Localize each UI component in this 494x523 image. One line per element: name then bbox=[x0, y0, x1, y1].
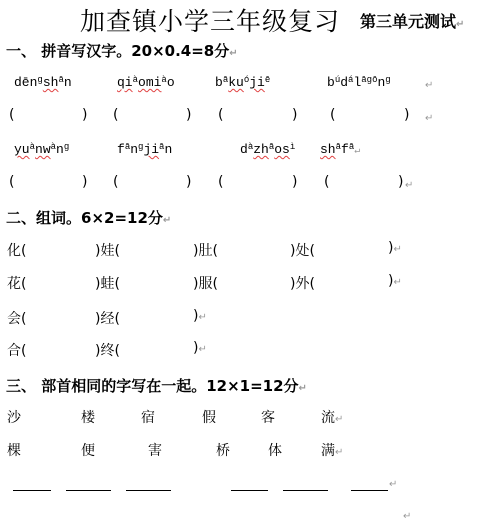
radical-char: 宿 bbox=[141, 407, 155, 427]
paragraph-mark: ↵ bbox=[425, 80, 433, 91]
radical-char: 便 bbox=[81, 440, 95, 460]
word-cell: )↵ bbox=[193, 340, 207, 356]
paragraph-mark: ↵ bbox=[425, 113, 433, 124]
char: 处 bbox=[295, 243, 309, 259]
answer-paren-close: ) bbox=[292, 107, 297, 123]
answer-paren-open: ( bbox=[9, 107, 14, 123]
word-cell: )处( bbox=[290, 240, 315, 260]
paragraph-mark: ↵ bbox=[393, 244, 401, 255]
pinyin-dengshan: dēngshān bbox=[14, 75, 72, 90]
paragraph-mark: ↵ bbox=[405, 180, 413, 191]
pinyin-fangjian: fāngjiān bbox=[117, 142, 172, 157]
word-cell: )外( bbox=[290, 273, 315, 293]
answer-paren-open: ( bbox=[218, 174, 223, 190]
paragraph-mark: ↵ bbox=[456, 19, 464, 30]
char: 会 bbox=[7, 311, 21, 327]
paragraph-mark: ↵ bbox=[163, 215, 171, 226]
radical-char: 桥 bbox=[216, 440, 230, 460]
section-2-heading: 二、组词。6×2=12分↵ bbox=[6, 207, 171, 228]
answer-paren-open: ( bbox=[324, 174, 329, 190]
answer-blank-5[interactable] bbox=[283, 490, 328, 491]
pinyin-dazhaosi: dàzhāosì bbox=[240, 142, 295, 157]
radical-char: 棵 bbox=[7, 440, 21, 460]
radical-char-last: 流↵ bbox=[321, 407, 343, 427]
char: 花 bbox=[7, 276, 21, 292]
pinyin-qiaomiao: qiàomiào bbox=[117, 75, 175, 90]
paragraph-mark: ↵ bbox=[198, 312, 206, 323]
pinyin-budalagong: búdálāgōng bbox=[327, 75, 391, 90]
char: 经 bbox=[100, 311, 114, 327]
char: 终 bbox=[100, 343, 114, 359]
char: 合 bbox=[7, 343, 21, 359]
word-cell: )娃( bbox=[95, 240, 120, 260]
word-cell: )↵ bbox=[193, 308, 207, 324]
answer-paren-open: ( bbox=[218, 107, 223, 123]
answer-paren-close: ) bbox=[82, 174, 87, 190]
word-cell: )服( bbox=[193, 273, 218, 293]
char: 外 bbox=[295, 276, 309, 292]
page-title: 加查镇小学三年级复习 bbox=[80, 2, 340, 38]
word-row-1: 化( bbox=[7, 240, 26, 260]
paragraph-mark: ↵ bbox=[198, 344, 206, 355]
paragraph-mark: ↵ bbox=[335, 447, 343, 458]
answer-paren-close: ) bbox=[404, 107, 409, 123]
word-cell: )终( bbox=[95, 340, 120, 360]
answer-blank-3[interactable] bbox=[126, 490, 171, 491]
answer-blank-2[interactable] bbox=[66, 490, 111, 491]
char: 肚 bbox=[198, 243, 212, 259]
char: 化 bbox=[7, 243, 21, 259]
answer-paren-open: ( bbox=[113, 174, 118, 190]
word-cell: )蛙( bbox=[95, 273, 120, 293]
answer-blank-1[interactable] bbox=[13, 490, 51, 491]
section-1-heading: 一、 拼音写汉字。20×0.4=8分↵ bbox=[6, 40, 238, 61]
radical-char: 体 bbox=[268, 440, 282, 460]
radical-char: 流 bbox=[321, 410, 335, 426]
word-row-3: 会( bbox=[7, 308, 26, 328]
char: 蛙 bbox=[100, 276, 114, 292]
answer-paren-close: ) bbox=[398, 174, 403, 190]
word-row-4: 合( bbox=[7, 340, 26, 360]
subtitle-text: 第三单元测试 bbox=[360, 12, 456, 31]
pinyin-shafa: shāfā↵ bbox=[320, 142, 360, 157]
heading-text: 一、 拼音写汉字。20×0.4=8分 bbox=[6, 42, 229, 60]
radical-char: 假 bbox=[202, 407, 216, 427]
radical-char: 楼 bbox=[81, 407, 95, 427]
paragraph-mark: ↵ bbox=[389, 479, 397, 490]
heading-text: 二、组词。6×2=12分 bbox=[6, 209, 163, 227]
pinyin-bakuojie: bākuójiē bbox=[215, 75, 270, 90]
pinyin-yuanwang: yuànwàng bbox=[14, 142, 69, 157]
paragraph-mark: ↵ bbox=[403, 511, 411, 522]
word-cell: )经( bbox=[95, 308, 120, 328]
answer-paren-open: ( bbox=[113, 107, 118, 123]
word-cell: )↵ bbox=[388, 273, 402, 289]
radical-char: 客 bbox=[261, 407, 275, 427]
answer-paren-open: ( bbox=[9, 174, 14, 190]
answer-paren-close: ) bbox=[186, 174, 191, 190]
page-subtitle: 第三单元测试↵ bbox=[360, 9, 464, 32]
heading-text: 三、 部首相同的字写在一起。12×1=12分 bbox=[6, 377, 299, 395]
answer-paren-close: ) bbox=[186, 107, 191, 123]
answer-paren-close: ) bbox=[292, 174, 297, 190]
char: 服 bbox=[198, 276, 212, 292]
paragraph-mark: ↵ bbox=[229, 48, 237, 59]
answer-blank-4[interactable] bbox=[231, 490, 268, 491]
paragraph-mark: ↵ bbox=[335, 414, 343, 425]
radical-char-last: 满↵ bbox=[321, 440, 343, 460]
section-3-heading: 三、 部首相同的字写在一起。12×1=12分↵ bbox=[6, 375, 307, 396]
radical-char: 满 bbox=[321, 443, 335, 459]
word-row-2: 花( bbox=[7, 273, 26, 293]
paragraph-mark: ↵ bbox=[393, 277, 401, 288]
answer-blank-6[interactable] bbox=[351, 490, 388, 491]
radical-char: 沙 bbox=[7, 407, 21, 427]
paragraph-mark: ↵ bbox=[354, 146, 360, 157]
answer-paren-open: ( bbox=[330, 107, 335, 123]
char: 娃 bbox=[100, 243, 114, 259]
answer-paren-close: ) bbox=[82, 107, 87, 123]
paragraph-mark: ↵ bbox=[299, 383, 307, 394]
radical-char: 害 bbox=[148, 440, 162, 460]
word-cell: )肚( bbox=[193, 240, 218, 260]
word-cell: )↵ bbox=[388, 240, 402, 256]
